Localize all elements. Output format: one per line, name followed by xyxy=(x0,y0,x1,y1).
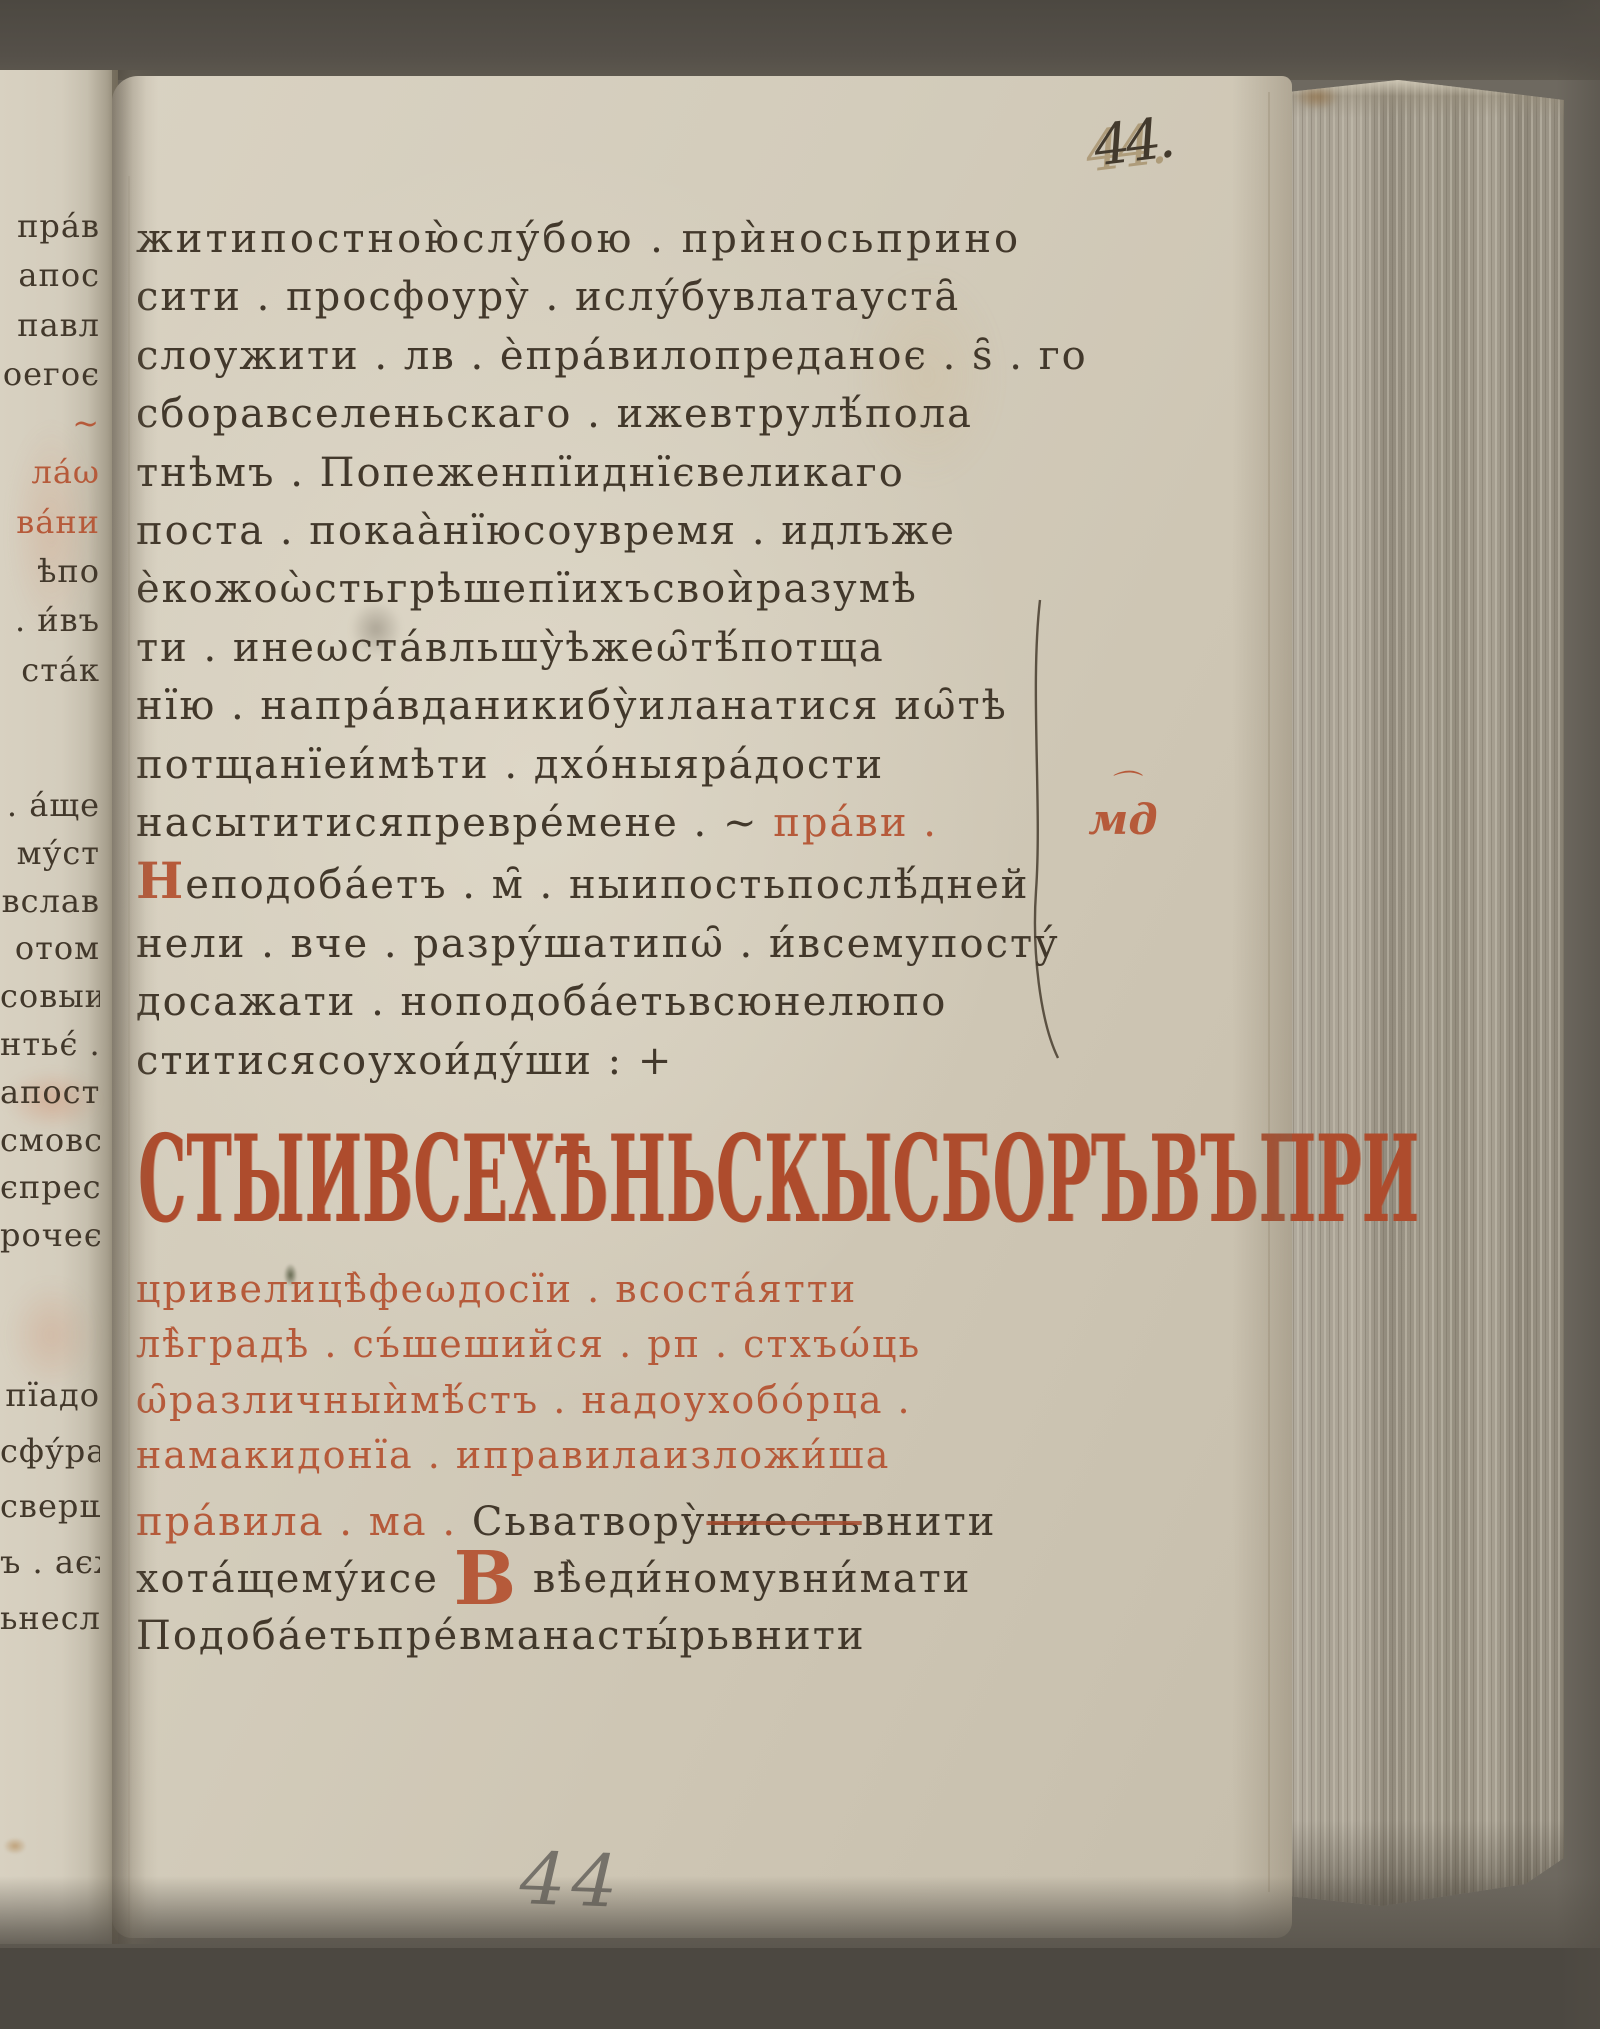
rubric-segment: ла́ω xyxy=(32,453,101,491)
text-line: потщанїеи́мѣти . дхо́ныяра́дости xyxy=(136,736,1076,794)
text-line: слоужити . лв . ѐпра́вилопреданоє . ѕ̑ .… xyxy=(136,327,1076,385)
ink-segment: сити . просфоуру̀ . ислу́бувлатауста̑ xyxy=(136,274,960,320)
ink-segment: нтьє́ . xyxy=(0,1025,100,1063)
rubric-segment: пра́ви . xyxy=(773,800,938,846)
ink-segment: свершω xyxy=(0,1487,100,1525)
ink-segment: апос xyxy=(18,256,100,294)
text-line: житипостною̀слу́бою . прѝносьприно xyxy=(136,210,1076,268)
ink-segment: отом xyxy=(15,929,100,967)
ink-segment: . а́ще xyxy=(7,786,100,824)
ink-segment: Подоба́етьпре́вманасты́рьвнити xyxy=(136,1613,866,1659)
ink-segment: насытитисяпревре́мене . ~ xyxy=(136,800,773,846)
ink-segment: слоужити . лв . ѐпра́вилопреданоє . ѕ̑ .… xyxy=(136,333,1088,379)
rubric-segment: намакидонїа . иправилаизложи́ша xyxy=(136,1433,890,1477)
text-line: смовс xyxy=(0,1117,100,1165)
photo-shadow-bottom xyxy=(0,1876,1600,1954)
ink-segment: потщанїеи́мѣти . дхо́ныяра́дости xyxy=(136,742,884,788)
text-line: поста . покаа̀нїюсоувремя . идлъже xyxy=(136,502,1076,560)
folio-number-ink: 44. xyxy=(1090,106,1174,180)
ink-segment: ѣпо xyxy=(37,552,100,590)
text-line: ти . инеωста́вльшу̀ѣжеω̑тѣ́потща xyxy=(136,619,1076,677)
margin-chapter-number: ⌒ мд xyxy=(1078,776,1168,842)
text-line: ~ xyxy=(0,399,100,448)
photo-background-top xyxy=(0,0,1600,80)
ink-segment: досажати . ноподоба́етьвсюнелюпо xyxy=(136,979,947,1025)
ink-segment: тнѣмъ . Попеженпїиднїєвеликаго xyxy=(136,450,905,496)
ink-segment: ниесть xyxy=(706,1499,861,1545)
margin-number-text: мд xyxy=(1078,798,1168,842)
rubric-segment: пра́вила . ма . xyxy=(136,1499,472,1545)
text-line: лѣ̀градѣ . съ́шешийся . рп . стхъώць xyxy=(136,1317,1076,1372)
text-line: тнѣмъ . Попеженпїиднїєвеликаго xyxy=(136,444,1076,502)
rubric-segment: ω̑различныѝмѣ́стъ . надоухобо́рца . xyxy=(136,1378,912,1422)
ink-segment: апост xyxy=(0,1073,100,1111)
text-line: Неподоба́етъ . м̑ . ныипостьпослѣ́дней xyxy=(136,852,1076,914)
facing-page-text-fragments: . а́щему́ствславотомсовыинтьє́ .апостсмо… xyxy=(0,782,100,1260)
text-line: нели . вче . разру́шатипω̑ . и́всемупост… xyxy=(136,915,1076,973)
text-line: ѣпо xyxy=(0,547,100,596)
text-line: досажати . ноподоба́етьвсюнелюпо xyxy=(136,973,1076,1031)
ink-segment: павл xyxy=(17,306,100,344)
text-line: вслав xyxy=(0,878,100,926)
text-line: павл xyxy=(0,301,100,350)
text-line: совыи xyxy=(0,973,100,1021)
text-line: оегоє xyxy=(0,350,100,399)
ink-segment: ьнесло xyxy=(0,1599,100,1637)
text-line: . и́въ xyxy=(0,596,100,645)
photo-background-right xyxy=(1556,0,1600,2029)
ink-segment: пра́в xyxy=(17,207,100,245)
text-line: рочеє xyxy=(0,1212,100,1260)
gutter-shadow xyxy=(112,70,158,1944)
ink-segment: ти . инеωста́вльшу̀ѣжеω̑тѣ́потща xyxy=(136,625,885,671)
rubric-segment: цривелицѣ̀феωдосїи . всоста́ятти xyxy=(136,1267,857,1311)
text-line: сборавселеньскаго . ижевтрулѣ́пола xyxy=(136,385,1076,443)
ink-segment: оегоє xyxy=(3,355,100,393)
text-line: пра́вила . ма . Сьватвору̀ниестьвнити xyxy=(136,1494,1096,1551)
text-line: Подоба́етьпре́вманасты́рьвнити xyxy=(136,1608,1096,1665)
ink-segment: ѐкожоὼстьгрѣшепїихъсвоѝразумѣ xyxy=(136,566,918,612)
ink-segment: єпрест xyxy=(0,1168,100,1206)
text-line: ста́к xyxy=(0,646,100,695)
photo-background-bottom xyxy=(0,1948,1600,2029)
text-line: ω̑различныѝмѣ́стъ . надоухобо́рца . xyxy=(136,1373,1076,1428)
rubric-text-block: цривелицѣ̀феωдосїи . всоста́яттилѣ̀градѣ… xyxy=(136,1262,1076,1484)
ruling-line-right xyxy=(1268,92,1270,1892)
text-line: свершω xyxy=(0,1479,100,1535)
manuscript-photo: пра́вапоспавлоегоє~ла́ωва́ниѣпо. и́въста… xyxy=(0,0,1600,2029)
text-line: пїадо xyxy=(0,1368,100,1424)
facing-page-text-fragments: пра́вапоспавлоегоє~ла́ωва́ниѣпо. и́въста… xyxy=(0,202,100,695)
ink-segment: сфу́ра xyxy=(0,1432,100,1470)
ink-segment: совыи xyxy=(0,977,100,1015)
ink-segment: вѣ̀еди́номувни́мати xyxy=(518,1556,971,1602)
text-line: апос xyxy=(0,251,100,300)
text-line: му́ст xyxy=(0,830,100,878)
text-line: отом xyxy=(0,925,100,973)
text-line: єпрест xyxy=(0,1164,100,1212)
main-text-block: житипостною̀слу́бою . прѝносьприносити .… xyxy=(136,210,1076,1090)
ink-segment: . и́въ xyxy=(15,601,100,639)
ink-segment: нїю . напра́вданикибу̀иланатися иω̑тѣ xyxy=(136,683,1008,729)
ink-segment: му́ст xyxy=(17,834,100,872)
text-line: . а́ще xyxy=(0,782,100,830)
ink-segment: нели . вче . разру́шатипω̑ . и́всемупост… xyxy=(136,921,1060,967)
ink-segment: внити xyxy=(862,1499,997,1545)
ink-segment: смовс xyxy=(0,1121,100,1159)
text-line: ьнесло xyxy=(0,1591,100,1647)
vyaz-heading: СТЫИВСЕХѢНЬСКЫСБОРЪВЪПРИ xyxy=(138,1112,1154,1246)
fore-edge-rust-stain xyxy=(1294,84,1340,110)
rubric-segment: лѣ̀градѣ . съ́шешийся . рп . стхъώць xyxy=(136,1322,921,1366)
text-line: ва́ни xyxy=(0,498,100,547)
text-line: сити . просфоуру̀ . ислу́бувлатауста̑ xyxy=(136,268,1076,326)
text-line: ѐкожоὼстьгрѣшепїихъсвоѝразумѣ xyxy=(136,560,1076,618)
text-line: сфу́ра xyxy=(0,1424,100,1480)
text-line: цривелицѣ̀феωдосїи . всоста́ятти xyxy=(136,1262,1076,1317)
facing-page-text-fragments: пїадосфу́расвершωъ . аєжьнесло xyxy=(0,1368,100,1647)
ink-segment: поста . покаа̀нїюсоувремя . идлъже xyxy=(136,508,956,554)
manuscript-page: 44. житипостною̀слу́бою . прѝносьприноси… xyxy=(112,76,1292,1938)
ink-segment: пїадо xyxy=(5,1376,100,1414)
margin-bracket-line xyxy=(1024,596,1072,1066)
text-line: хота́щему́исе В вѣ̀еди́номувни́мати xyxy=(136,1551,1096,1608)
text-line: апост xyxy=(0,1069,100,1117)
text-line: ла́ω xyxy=(0,448,100,497)
book-fore-edge xyxy=(1288,78,1564,1910)
text-line: пра́в xyxy=(0,202,100,251)
rust-spot xyxy=(4,1838,26,1854)
ink-segment: ста́к xyxy=(21,651,100,689)
text-line: насытитисяпревре́мене . ~ пра́ви . xyxy=(136,794,1076,852)
ink-segment: рочеє xyxy=(0,1216,100,1254)
rule-text-block: пра́вила . ма . Сьватвору̀ниестьвнитихот… xyxy=(136,1494,1096,1665)
rubric-segment: ва́ни xyxy=(16,503,100,541)
facing-page-edge: пра́вапоспавлоегоє~ла́ωва́ниѣпо. и́въста… xyxy=(0,70,118,1944)
ink-segment: хота́щему́исе xyxy=(136,1556,454,1602)
ink-segment: сборавселеньскаго . ижевтрулѣ́пола xyxy=(136,391,973,437)
ink-segment: еподоба́етъ . м̑ . ныипостьпослѣ́дней xyxy=(185,862,1029,908)
rubric-segment: ~ xyxy=(72,404,100,442)
ink-segment: житипостною̀слу́бою . прѝносьприно xyxy=(136,216,1021,262)
text-line: нтьє́ . xyxy=(0,1021,100,1069)
text-line: ъ . аєж xyxy=(0,1535,100,1591)
ink-segment: вслав xyxy=(2,882,100,920)
text-line: нїю . напра́вданикибу̀иланатися иω̑тѣ xyxy=(136,677,1076,735)
text-line: намакидонїа . иправилаизложи́ша xyxy=(136,1428,1076,1483)
ink-segment: ъ . аєж xyxy=(0,1543,100,1581)
